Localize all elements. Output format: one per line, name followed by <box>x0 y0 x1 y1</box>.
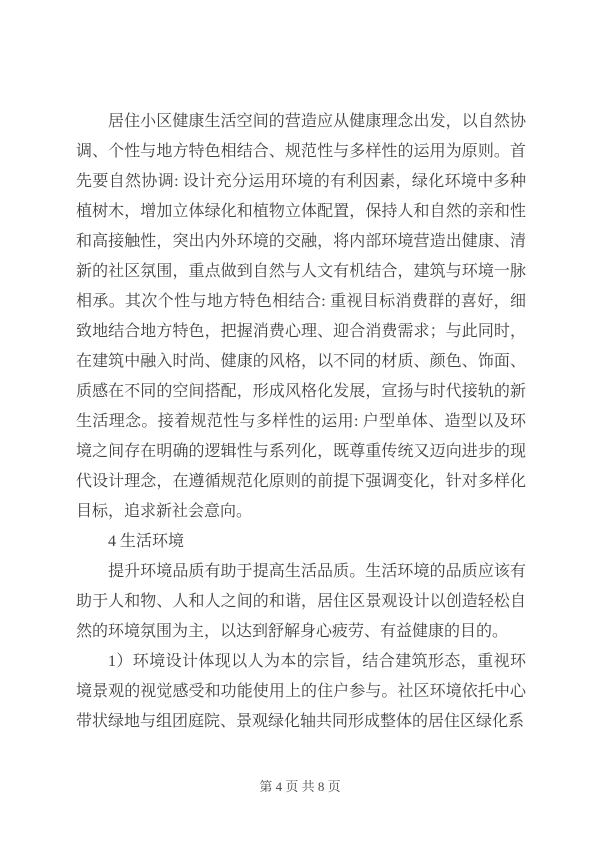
page-text-block: 居住小区健康生活空间的营造应从健康理念出发，以自然协调、个性与地方特色相结合、规… <box>76 107 526 737</box>
page-number-label: 第 4 页 共 8 页 <box>259 779 340 794</box>
section-heading-living-environment: 4 生活环境 <box>76 527 526 557</box>
document-page: 居住小区健康生活空间的营造应从健康理念出发，以自然协调、个性与地方特色相结合、规… <box>0 0 600 848</box>
paragraph-environment-quality: 提升环境品质有助于提高生活品质。生活环境的品质应该有助于人和物、人和人之间的和谐… <box>76 557 526 647</box>
paragraph-healthy-living-space: 居住小区健康生活空间的营造应从健康理念出发，以自然协调、个性与地方特色相结合、规… <box>76 107 526 527</box>
page-footer: 第 4 页 共 8 页 <box>0 778 600 796</box>
paragraph-people-oriented-design: 1）环境设计体现以人为本的宗旨，结合建筑形态，重视环境景观的视觉感受和功能使用上… <box>76 647 526 737</box>
